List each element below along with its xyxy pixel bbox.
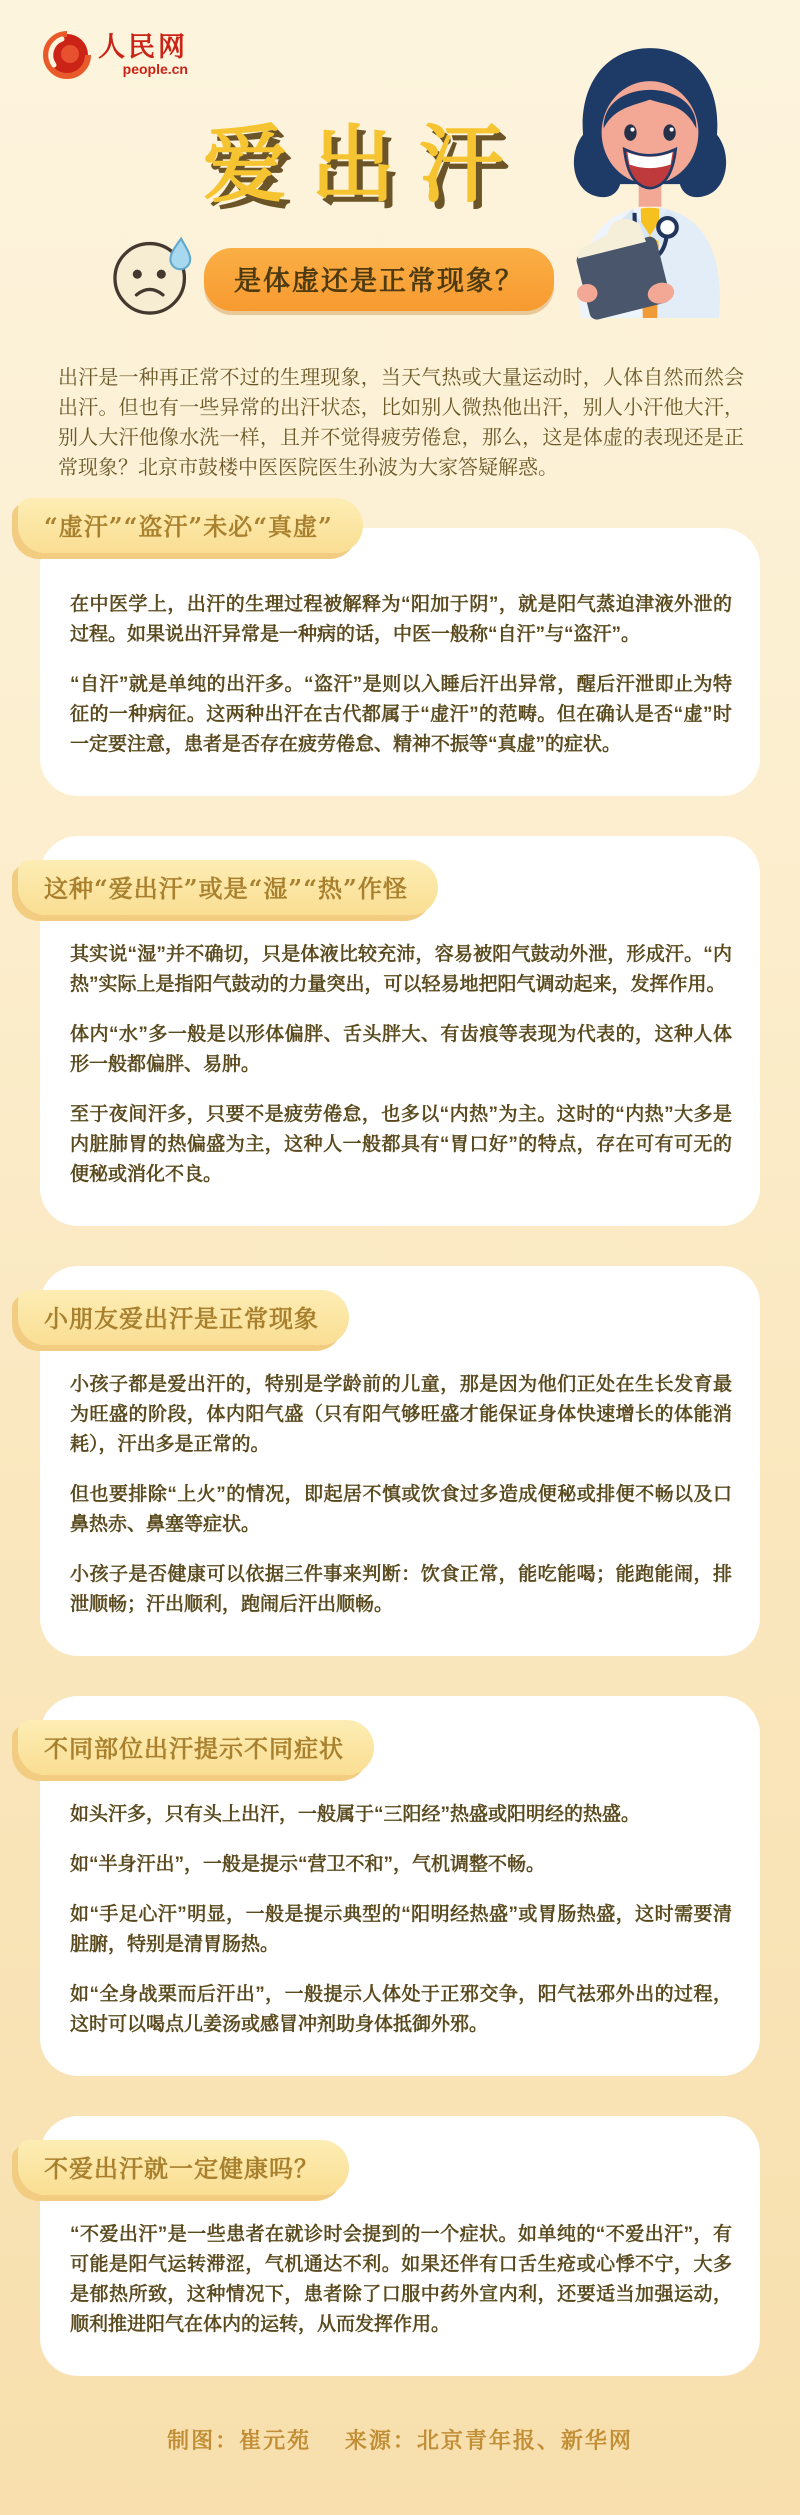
logo-text: 人民网 people.cn [98,34,188,78]
sad-sweat-face-icon [110,232,196,318]
section-paragraph: 如头汗多，只有头上出汗，一般属于“三阳经”热盛或阳明经的热盛。 [70,1800,732,1830]
section-paragraph: 其实说“湿”并不确切，只是体液比较充沛，容易被阳气鼓动外泄，形成汗。“内热”实际… [70,940,732,1000]
subtitle-row: 是体虚还是正常现象？ [110,236,554,322]
section-title-badge: 小朋友爱出汗是正常现象 [18,1290,349,1345]
credits-footer: 制图：崔元苑 来源：北京青年报、新华网 [0,2424,800,2455]
section-paragraph: 体内“水”多一般是以形体偏胖、舌头胖大、有齿痕等表现为代表的，这种人体形一般都偏… [70,1020,732,1080]
sweat-drop-icon [170,239,190,270]
section-paragraph: 如“全身战栗而后汗出”，一般提示人体处于正邪交争，阳气祛邪外出的过程，这时可以喝… [70,1980,732,2040]
section-paragraph: 在中医学上，出汗的生理过程被解释为“阳加于阴”，就是阳气蒸迫津液外泄的过程。如果… [70,590,732,650]
section-card-shi-re: 这种“爱出汗”或是“湿”“热”作怪 其实说“湿”并不确切，只是体液比较充沛，容易… [40,836,760,1226]
section-paragraph: “不爱出汗”是一些患者在就诊时会提到的一个症状。如单纯的“不爱出汗”，有可能是阳… [70,2220,732,2340]
people-cn-logo-swirl-icon [42,30,92,80]
section-paragraph: “自汗”就是单纯的出汗多。“盗汗”是则以入睡后汗出异常，醒后汗泄即止为特征的一种… [70,670,732,760]
logo-en-label: people.cn [123,61,188,78]
header: 人民网 people.cn 爱出汗 是体虚还是正常现象？ [0,0,800,348]
infographic-poster: 人民网 people.cn 爱出汗 是体虚还是正常现象？ [0,0,800,2515]
section-card-body-parts: 不同部位出汗提示不同症状 如头汗多，只有头上出汗，一般属于“三阳经”热盛或阳明经… [40,1696,760,2076]
logo-cn-label: 人民网 [98,34,188,61]
section-paragraph: 至于夜间汗多，只要不是疲劳倦怠，也多以“内热”为主。这时的“内热”大多是内脏肺胃… [70,1100,732,1190]
female-doctor-illustration [552,42,748,320]
page-title: 爱出汗 [130,98,600,219]
section-title-badge: 不爱出汗就一定健康吗？ [18,2140,349,2195]
section-card-xuhan-daohan: “虚汗”“盗汗”未必“真虚” 在中医学上，出汗的生理过程被解释为“阳加于阴”，就… [40,528,760,796]
section-title-badge: 这种“爱出汗”或是“湿”“热”作怪 [18,860,438,915]
section-title-badge: “虚汗”“盗汗”未必“真虚” [18,498,363,553]
section-paragraph: 如“手足心汗”明显，一般是提示典型的“阳明经热盛”或胃肠热盛，这时需要清脏腑，特… [70,1900,732,1960]
section-paragraph: 小孩子是否健康可以依据三件事来判断：饮食正常，能吃能喝；能跑能闹，排泄顺畅；汗出… [70,1560,732,1620]
credit-source: 来源：北京青年报、新华网 [345,2428,633,2454]
people-cn-logo: 人民网 people.cn [42,30,188,80]
section-paragraph: 但也要排除“上火”的情况，即起居不慎或饮食过多造成便秘或排便不畅以及口鼻热赤、鼻… [70,1480,732,1540]
section-card-children: 小朋友爱出汗是正常现象 小孩子都是爱出汗的，特别是学龄前的儿童，那是因为他们正处… [40,1266,760,1656]
section-card-no-sweat: 不爱出汗就一定健康吗？ “不爱出汗”是一些患者在就诊时会提到的一个症状。如单纯的… [40,2116,760,2376]
subtitle-banner: 是体虚还是正常现象？ [204,248,554,311]
credit-maker: 制图：崔元苑 [167,2428,311,2454]
section-paragraph: 如“半身汗出”，一般是提示“营卫不和”，气机调整不畅。 [70,1850,732,1880]
section-title-badge: 不同部位出汗提示不同症状 [18,1720,374,1775]
section-paragraph: 小孩子都是爱出汗的，特别是学龄前的儿童，那是因为他们正处在生长发育最为旺盛的阶段… [70,1370,732,1460]
intro-paragraph: 出汗是一种再正常不过的生理现象，当天气热或大量运动时，人体自然而然会出汗。但也有… [58,362,744,482]
